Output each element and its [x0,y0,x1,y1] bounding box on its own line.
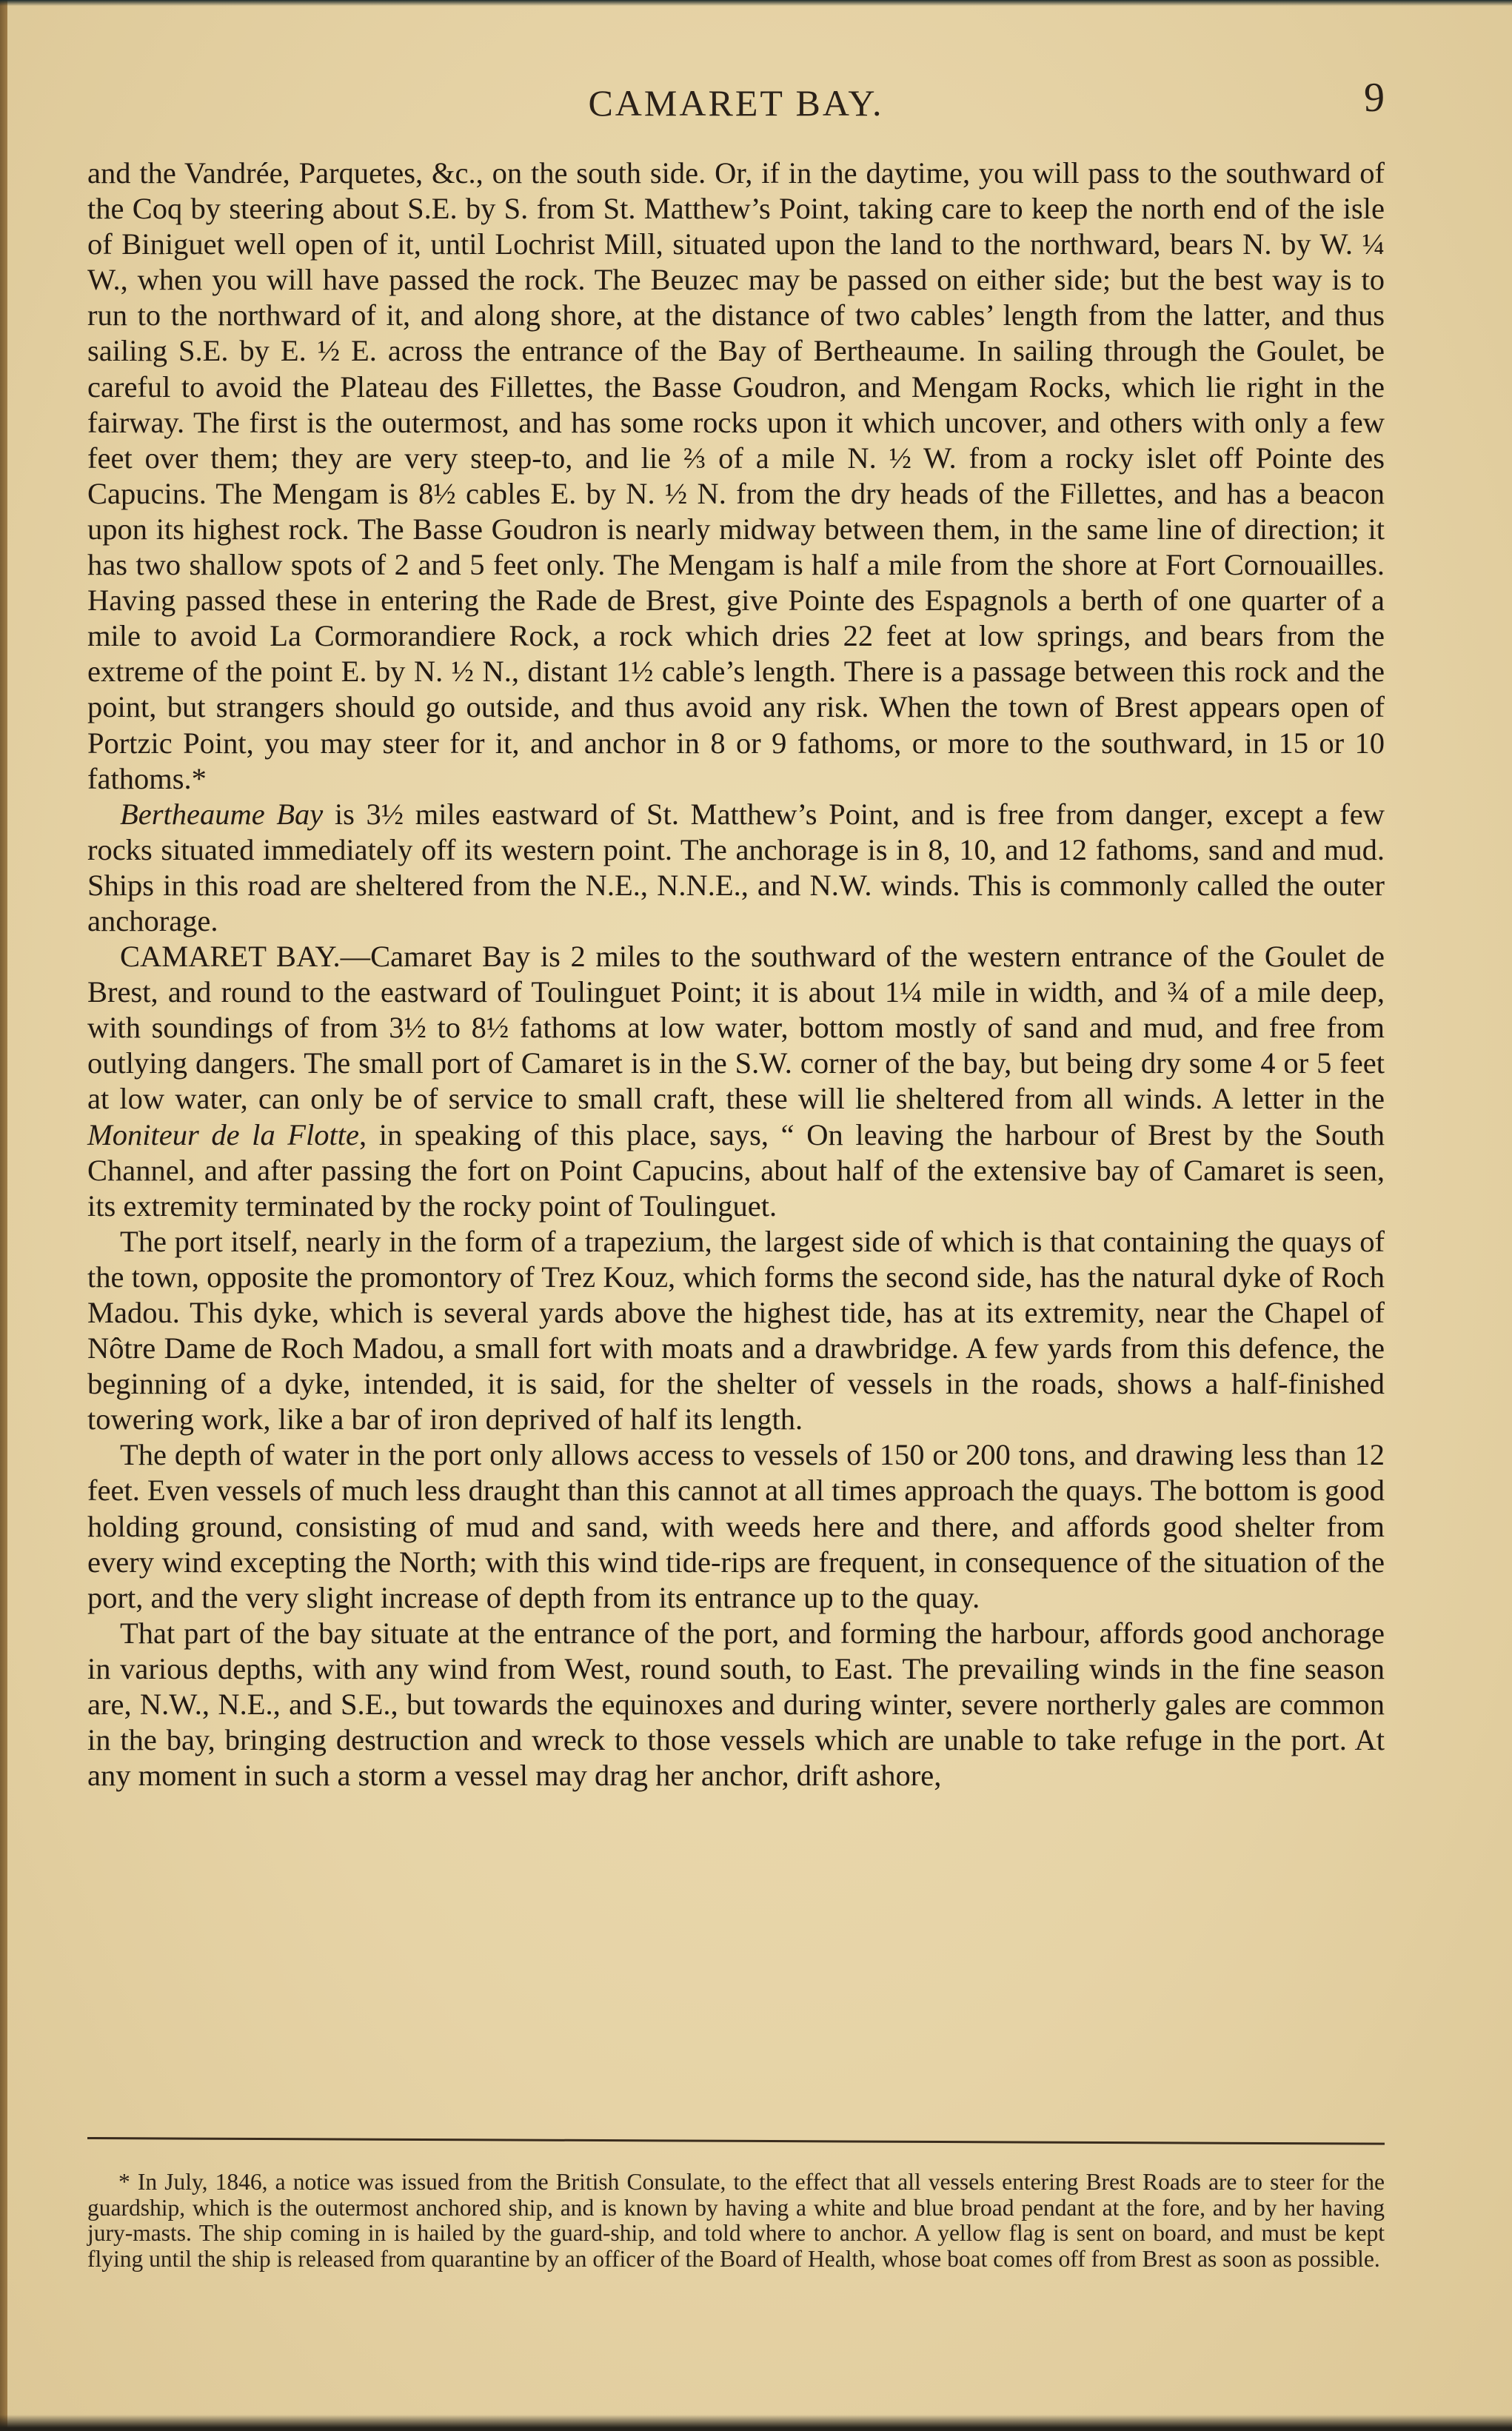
paragraph-text: CAMARET BAY.—Camaret Bay is 2 miles to t… [87,940,1385,1115]
page-top-shadow [0,0,1512,6]
page-number: 9 [1364,74,1385,121]
italic-title: Moniteur de la Flotte [87,1118,359,1151]
footnote: * In July, 1846, a notice was issued fro… [87,2170,1385,2272]
italic-term: Bertheaume Bay [120,797,323,831]
page-header: CAMARET BAY. 9 [87,74,1385,133]
footnote-rule [87,2137,1385,2145]
page-bottom-shadow [0,2415,1512,2431]
running-head: CAMARET BAY. [87,81,1385,124]
paragraph: and the Vandrée, Parquetes, &c., on the … [87,156,1385,797]
paragraph: The depth of water in the port only allo… [87,1437,1385,1615]
book-page: CAMARET BAY. 9 and the Vandrée, Parquete… [0,0,1512,2431]
body-text: and the Vandrée, Parquetes, &c., on the … [87,156,1385,1793]
paragraph: The port itself, nearly in the form of a… [87,1224,1385,1438]
paragraph: CAMARET BAY.—Camaret Bay is 2 miles to t… [87,939,1385,1224]
book-spine-edge [0,0,7,2431]
paragraph: That part of the bay situate at the entr… [87,1616,1385,1793]
paragraph: Bertheaume Bay is 3½ miles eastward of S… [87,797,1385,939]
